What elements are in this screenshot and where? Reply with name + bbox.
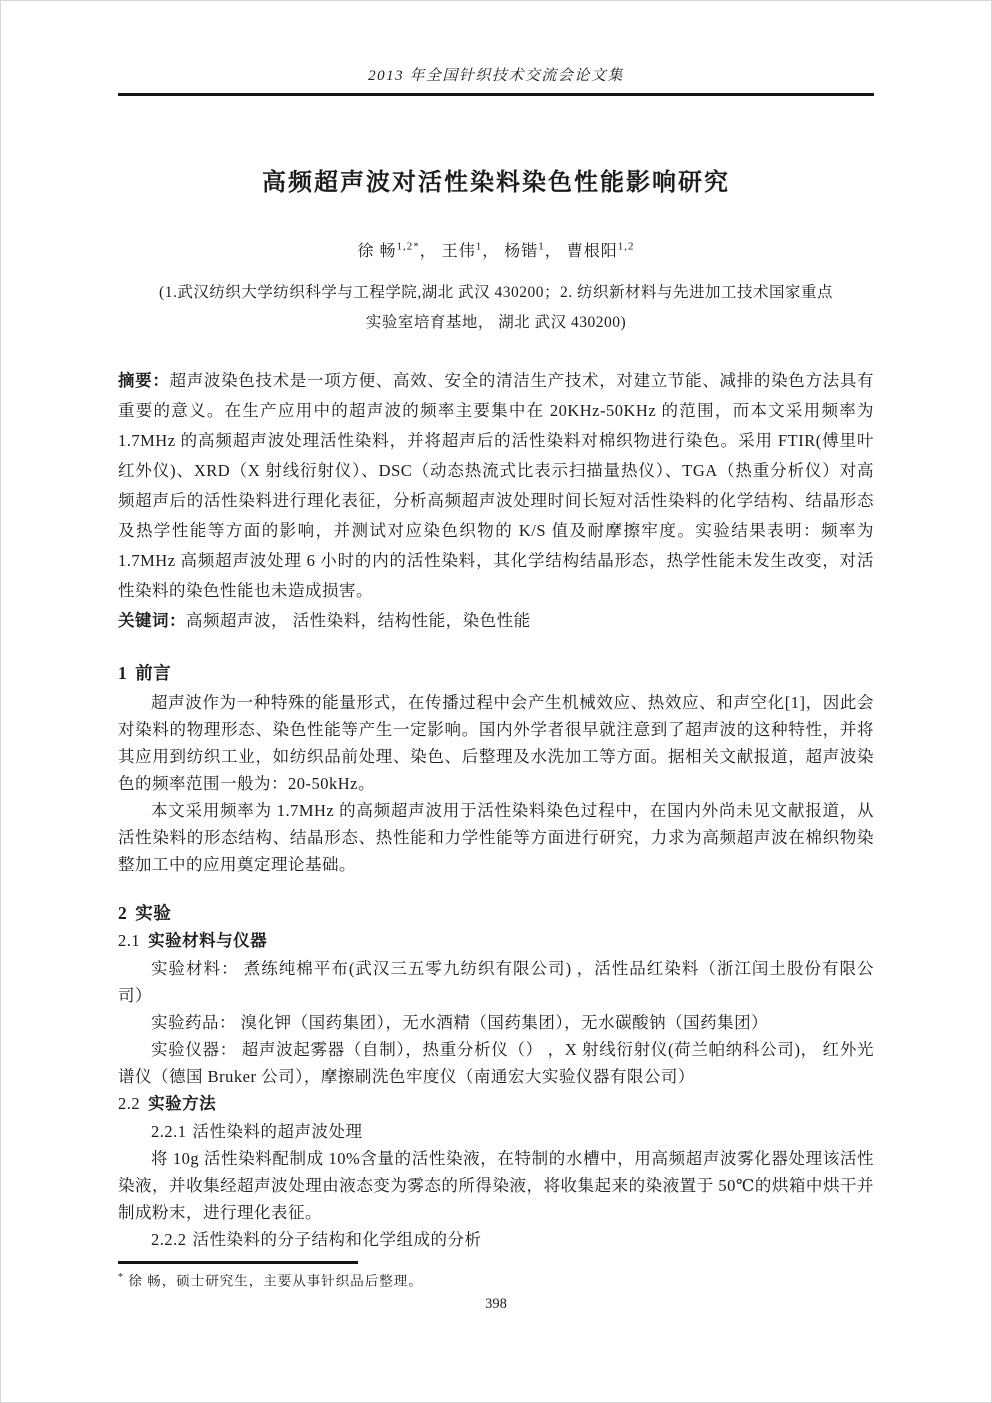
author-separator: ， [420, 243, 442, 260]
instruments-paragraph: 实验仪器： 超声波起雾器（自制），热重分析仪（） ，X 射线衍射仪(荷兰帕纳科公… [118, 1036, 874, 1090]
affiliation-line: (1.武汉纺织大学纺织科学与工程学院,湖北 武汉 430200；2. 纺织新材料… [118, 278, 874, 308]
subsubsection-heading-ultrasonic: 2.2.1活性染料的超声波处理 [118, 1118, 874, 1145]
section-heading-experiment: 2实验 [118, 900, 874, 927]
abstract-paragraph: 摘要：超声波染色技术是一项方便、高效、安全的清洁生产技术，对建立节能、减排的染色… [118, 366, 874, 606]
author: 徐 畅1,2*， [357, 243, 441, 260]
section-number: 1 [118, 663, 127, 683]
footnote-rule [118, 1261, 358, 1264]
header-rule [118, 93, 874, 96]
subsubsection-heading-analysis: 2.2.2活性染料的分子结构和化学组成的分析 [118, 1226, 874, 1253]
section-heading-intro: 1前言 [118, 660, 874, 687]
section-number: 2.2.2 [151, 1230, 187, 1249]
footnote: * 徐 畅，硕士研究生，主要从事针织品后整理。 [118, 1268, 874, 1292]
page-number: 398 [118, 1294, 874, 1314]
author: 曹根阳1,2 [567, 243, 635, 260]
section-number: 2.1 [118, 931, 140, 950]
section-title: 活性染料的分子结构和化学组成的分析 [193, 1230, 482, 1249]
affiliation-line: 实验室培育基地， 湖北 武汉 430200) [118, 308, 874, 338]
section-number: 2 [118, 903, 127, 923]
author: 王伟1， [442, 243, 505, 260]
section-title: 实验方法 [148, 1095, 216, 1113]
section-number: 2.2 [118, 1094, 140, 1113]
intro-paragraph-2: 本文采用频率为 1.7MHz 的高频超声波用于活性染料染色过程中，在国内外尚未见… [118, 797, 874, 878]
author-affiliation-marker: 1,2 [618, 241, 635, 253]
subsection-heading-methods: 2.2实验方法 [118, 1090, 874, 1118]
section-title: 活性染料的超声波处理 [193, 1122, 363, 1141]
subsection-heading-materials: 2.1实验材料与仪器 [118, 927, 874, 955]
paper-page: 2013 年全国针织技术交流会论文集 高频超声波对活性染料染色性能影响研究 徐 … [0, 0, 992, 1403]
author-line: 徐 畅1,2*， 王伟1， 杨锴1， 曹根阳1,2 [118, 235, 874, 264]
keywords-line: 关键词：高频超声波， 活性染料，结构性能，染色性能 [118, 606, 874, 636]
drugs-paragraph: 实验药品： 溴化钾（国药集团），无水酒精（国药集团），无水碳酸钠（国药集团） [118, 1009, 874, 1036]
abstract-label: 摘要： [118, 372, 170, 390]
footnote-marker: * [118, 1272, 124, 1283]
footnote-text: 徐 畅，硕士研究生，主要从事针织品后整理。 [128, 1274, 422, 1289]
affiliation-block: (1.武汉纺织大学纺织科学与工程学院,湖北 武汉 430200；2. 纺织新材料… [118, 278, 874, 338]
section-title: 实验材料与仪器 [148, 932, 267, 950]
running-head: 2013 年全国针织技术交流会论文集 [118, 1, 874, 87]
author-separator: ， [545, 243, 567, 260]
author: 杨锴1， [504, 243, 567, 260]
author-affiliation-marker: 1,2* [396, 241, 419, 253]
paper-title: 高频超声波对活性染料染色性能影响研究 [118, 166, 874, 199]
author-separator: ， [482, 243, 504, 260]
method-paragraph: 将 10g 活性染料配制成 10%含量的活性染液，在特制的水槽中，用高频超声波雾… [118, 1145, 874, 1226]
page-content: 2013 年全国针织技术交流会论文集 高频超声波对活性染料染色性能影响研究 徐 … [118, 1, 874, 1314]
abstract-text: 超声波染色技术是一项方便、高效、安全的清洁生产技术，对建立节能、减排的染色方法具… [118, 371, 874, 600]
materials-paragraph: 实验材料： 煮练纯棉平布(武汉三五零九纺织有限公司) ，活性品红染料（浙江闰土股… [118, 955, 874, 1009]
keywords-label: 关键词： [118, 612, 186, 630]
section-title: 实验 [135, 903, 171, 923]
section-number: 2.2.1 [151, 1122, 187, 1141]
intro-paragraph-1: 超声波作为一种特殊的能量形式，在传播过程中会产生机械效应、热效应、和声空化[1]… [118, 689, 874, 797]
section-title: 前言 [135, 663, 171, 683]
keywords-text: 高频超声波， 活性染料，结构性能，染色性能 [186, 611, 531, 630]
